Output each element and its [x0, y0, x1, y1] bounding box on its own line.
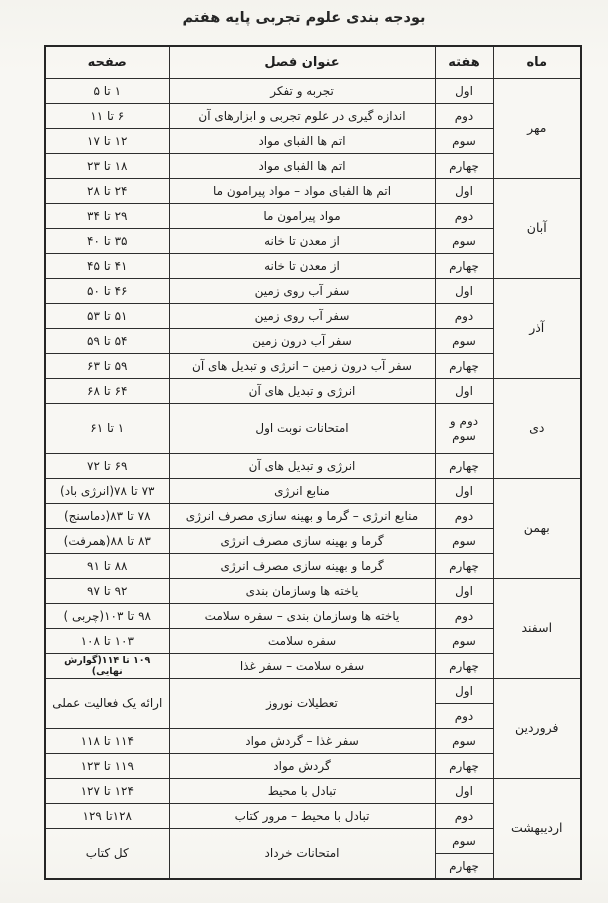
chapter-cell: انرژی و تبدیل های آن	[169, 379, 435, 404]
chapter-cell: امتحانات نوبت اول	[169, 404, 435, 454]
week-cell: سوم	[435, 729, 493, 754]
chapter-cell: گرما و بهینه سازی مصرف انرژی	[169, 554, 435, 579]
week-cell: چهارم	[435, 354, 493, 379]
schedule-row: آذراولسفر آب روی زمین۴۶ تا ۵۰	[45, 279, 581, 304]
week-cell: دوم	[435, 204, 493, 229]
page-cell: ۹۸ تا ۱۰۳(چربی )	[45, 604, 169, 629]
chapter-cell: از معدن تا خانه	[169, 229, 435, 254]
week-cell: اول	[435, 79, 493, 104]
week-cell: دوم	[435, 604, 493, 629]
page-cell: ۱۸ تا ۲۳	[45, 154, 169, 179]
schedule-table: ماه هفته عنوان فصل صفحه مهراولتجربه و تف…	[44, 45, 582, 880]
chapter-cell: اتم ها الفبای مواد	[169, 129, 435, 154]
week-cell: چهارم	[435, 154, 493, 179]
week-cell: اول	[435, 679, 493, 704]
month-name-cell: اسفند	[493, 579, 581, 679]
page-cell: ۱۱۹ تا ۱۲۳	[45, 754, 169, 779]
scanned-page: { "page": { "title": "بودجه بندی علوم تج…	[0, 0, 608, 903]
page-cell: ۴۱ تا ۴۵	[45, 254, 169, 279]
page-cell: ارائه یک فعالیت عملی	[45, 679, 169, 729]
chapter-cell: انرژی و تبدیل های آن	[169, 454, 435, 479]
chapter-cell: منابع انرژی	[169, 479, 435, 504]
week-cell: اول	[435, 479, 493, 504]
col-header-month: ماه	[493, 46, 581, 79]
week-cell: اول	[435, 379, 493, 404]
col-header-week: هفته	[435, 46, 493, 79]
chapter-cell: تجربه و تفکر	[169, 79, 435, 104]
page-cell: ۶۴ تا ۶۸	[45, 379, 169, 404]
page-cell: ۳۵ تا ۴۰	[45, 229, 169, 254]
week-cell: دوم	[435, 304, 493, 329]
month-name-cell: بهمن	[493, 479, 581, 579]
schedule-row: اردیبهشتاولتبادل با محیط۱۲۴ تا ۱۲۷	[45, 779, 581, 804]
chapter-cell: سفره سلامت	[169, 629, 435, 654]
page-cell: ۹۲ تا ۹۷	[45, 579, 169, 604]
page-cell: ۱۲۸تا ۱۲۹	[45, 804, 169, 829]
week-cell: سوم	[435, 229, 493, 254]
week-cell: چهارم	[435, 654, 493, 679]
week-cell: چهارم	[435, 854, 493, 880]
page-cell: ۱ تا ۵	[45, 79, 169, 104]
week-cell: دوم	[435, 804, 493, 829]
week-cell: اول	[435, 279, 493, 304]
page-cell: ۱۱۴ تا ۱۱۸	[45, 729, 169, 754]
month-name-cell: اردیبهشت	[493, 779, 581, 880]
page-cell: ۱۲ تا ۱۷	[45, 129, 169, 154]
page-cell: ۱۰۹ تا ۱۱۴(گوارش نهایی)	[45, 654, 169, 679]
month-name-cell: آبان	[493, 179, 581, 279]
week-cell: چهارم	[435, 754, 493, 779]
chapter-cell: گرما و بهینه سازی مصرف انرژی	[169, 529, 435, 554]
chapter-cell: گردش مواد	[169, 754, 435, 779]
week-cell: سوم	[435, 129, 493, 154]
page-cell: ۱۲۴ تا ۱۲۷	[45, 779, 169, 804]
week-cell: دوم و سوم	[435, 404, 493, 454]
week-cell: اول	[435, 179, 493, 204]
page-cell: ۲۹ تا ۳۴	[45, 204, 169, 229]
week-cell: دوم	[435, 104, 493, 129]
page-cell: کل کتاب	[45, 829, 169, 880]
page-cell: ۸۸ تا ۹۱	[45, 554, 169, 579]
document-title: بودجه بندی علوم تجربی پایه هفتم	[0, 10, 608, 26]
week-cell: چهارم	[435, 254, 493, 279]
schedule-row: فروردیناولتعطیلات نوروزارائه یک فعالیت ع…	[45, 679, 581, 704]
chapter-cell: از معدن تا خانه	[169, 254, 435, 279]
week-cell: سوم	[435, 529, 493, 554]
chapter-cell: اتم ها الفبای مواد – مواد پیرامون ما	[169, 179, 435, 204]
chapter-cell: تبادل با محیط – مرور کتاب	[169, 804, 435, 829]
chapter-cell: سفر آب روی زمین	[169, 304, 435, 329]
page-cell: ۷۳ تا ۷۸(انرژی باد)	[45, 479, 169, 504]
chapter-cell: اندازه گیری در علوم تجربی و ابزارهای آن	[169, 104, 435, 129]
month-name-cell: دی	[493, 379, 581, 479]
chapter-cell: یاخته ها وسازمان بندی	[169, 579, 435, 604]
schedule-row: اسفنداولیاخته ها وسازمان بندی۹۲ تا ۹۷	[45, 579, 581, 604]
schedule-row: آباناولاتم ها الفبای مواد – مواد پیرامون…	[45, 179, 581, 204]
page-cell: ۵۱ تا ۵۳	[45, 304, 169, 329]
page-cell: ۵۴ تا ۵۹	[45, 329, 169, 354]
page-cell: ۷۸ تا ۸۳(دماسنج)	[45, 504, 169, 529]
chapter-cell: سفر غذا – گردش مواد	[169, 729, 435, 754]
week-cell: چهارم	[435, 554, 493, 579]
schedule-row: مهراولتجربه و تفکر۱ تا ۵	[45, 79, 581, 104]
week-cell: دوم	[435, 504, 493, 529]
page-cell: ۱ تا ۶۱	[45, 404, 169, 454]
week-cell: سوم	[435, 829, 493, 854]
chapter-cell: سفر آب روی زمین	[169, 279, 435, 304]
page-cell: ۲۴ تا ۲۸	[45, 179, 169, 204]
week-cell: اول	[435, 779, 493, 804]
month-name-cell: مهر	[493, 79, 581, 179]
week-cell: دوم	[435, 704, 493, 729]
month-name-cell: آذر	[493, 279, 581, 379]
page-cell: ۸۳ تا ۸۸(همرفت)	[45, 529, 169, 554]
week-cell: سوم	[435, 329, 493, 354]
chapter-cell: یاخته ها وسازمان بندی – سفره سلامت	[169, 604, 435, 629]
chapter-cell: تعطیلات نوروز	[169, 679, 435, 729]
page-cell: ۱۰۳ تا ۱۰۸	[45, 629, 169, 654]
chapter-cell: تبادل با محیط	[169, 779, 435, 804]
schedule-row: بهمناولمنابع انرژی۷۳ تا ۷۸(انرژی باد)	[45, 479, 581, 504]
chapter-cell: منابع انرژی – گرما و بهینه سازی مصرف انر…	[169, 504, 435, 529]
month-name-cell: فروردین	[493, 679, 581, 779]
page-cell: ۶۹ تا ۷۲	[45, 454, 169, 479]
week-cell: سوم	[435, 629, 493, 654]
chapter-cell: اتم ها الفبای مواد	[169, 154, 435, 179]
chapter-cell: امتحانات خرداد	[169, 829, 435, 880]
header-row: ماه هفته عنوان فصل صفحه	[45, 46, 581, 79]
chapter-cell: سفره سلامت – سفر غذا	[169, 654, 435, 679]
chapter-cell: سفر آب درون زمین	[169, 329, 435, 354]
week-cell: اول	[435, 579, 493, 604]
col-header-chapter: عنوان فصل	[169, 46, 435, 79]
page-cell: ۶ تا ۱۱	[45, 104, 169, 129]
schedule-table-body: مهراولتجربه و تفکر۱ تا ۵دوماندازه گیری د…	[45, 79, 581, 880]
week-cell: چهارم	[435, 454, 493, 479]
col-header-page: صفحه	[45, 46, 169, 79]
chapter-cell: مواد پیرامون ما	[169, 204, 435, 229]
schedule-row: دیاولانرژی و تبدیل های آن۶۴ تا ۶۸	[45, 379, 581, 404]
chapter-cell: سفر آب درون زمین – انرژی و تبدیل های آن	[169, 354, 435, 379]
page-cell: ۵۹ تا ۶۳	[45, 354, 169, 379]
page-cell: ۴۶ تا ۵۰	[45, 279, 169, 304]
